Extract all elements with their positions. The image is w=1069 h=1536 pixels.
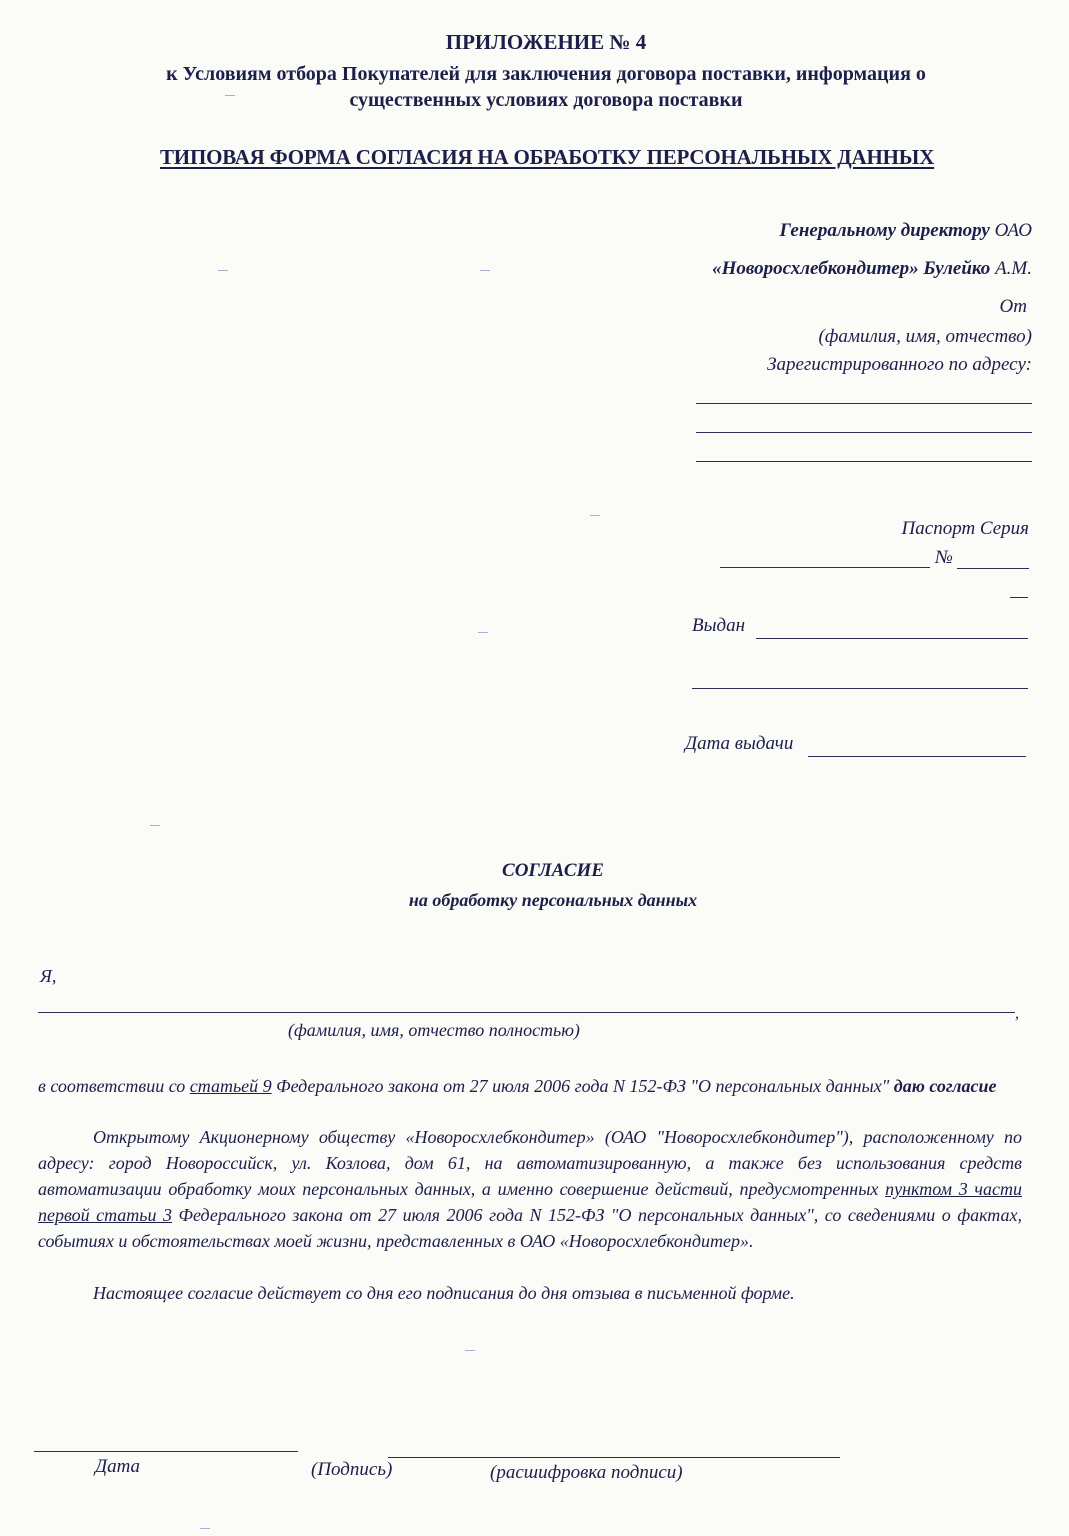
i-label: Я, <box>40 966 56 987</box>
date-label: Дата <box>95 1456 140 1478</box>
scan-speck <box>480 270 490 271</box>
appendix-subtitle-line2: существенных условиях договора поставки <box>0 89 1069 112</box>
passport-number-field[interactable] <box>957 568 1029 569</box>
addressee-initials: А.М. <box>990 258 1032 279</box>
appendix-number: ПРИЛОЖЕНИЕ № 4 <box>0 30 1069 55</box>
passport-series-field[interactable] <box>720 567 930 568</box>
p2-text-b: Федерального закона от 27 июля 2006 года… <box>38 1205 1022 1251</box>
scan-speck <box>478 632 488 633</box>
addressee-line1: Генеральному директору ОАО <box>780 220 1032 242</box>
issue-date-label: Дата выдачи <box>685 733 793 755</box>
passport-series-label: Паспорт Серия <box>902 518 1029 540</box>
consent-title: СОГЛАСИЕ <box>0 860 1069 882</box>
scan-speck <box>150 825 160 826</box>
issued-field-line-2[interactable] <box>692 688 1028 689</box>
scan-speck <box>225 95 235 96</box>
p1-text-b: Федерального закона от 27 июля 2006 года… <box>272 1076 894 1096</box>
article-9-link[interactable]: статьей 9 <box>190 1076 272 1096</box>
consent-subtitle: на обработку персональных данных <box>0 890 1069 911</box>
issued-field-line-1[interactable] <box>756 638 1028 639</box>
scan-speck <box>465 1350 475 1351</box>
signature-decoding-label: (расшифровка подписи) <box>490 1462 683 1484</box>
full-name-hint: (фамилия, имя, отчество полностью) <box>288 1020 580 1041</box>
signature-field[interactable] <box>388 1457 840 1458</box>
addressee-org-type: ОАО <box>990 220 1032 241</box>
consent-paragraph-1: в соответствии со статьей 9 Федерального… <box>38 1073 1022 1099</box>
issue-date-field[interactable] <box>808 756 1026 757</box>
from-label: От <box>1000 296 1027 318</box>
date-signature-field[interactable] <box>34 1451 298 1452</box>
scan-speck <box>218 270 228 271</box>
consent-paragraph-2: Открытому Акционерному обществу «Новорос… <box>38 1124 1022 1254</box>
address-field-line-2[interactable] <box>696 432 1032 433</box>
consent-given-text: даю согласие <box>894 1076 997 1096</box>
appendix-subtitle-line1: к Условиям отбора Покупателей для заключ… <box>0 63 1069 86</box>
addressee-position: Генеральному директору <box>780 220 990 241</box>
signature-label: (Подпись) <box>311 1459 392 1481</box>
address-label: Зарегистрированного по адресу: <box>767 354 1032 376</box>
scan-speck <box>200 1528 210 1529</box>
form-title: ТИПОВАЯ ФОРМА СОГЛАСИЯ НА ОБРАБОТКУ ПЕРС… <box>160 145 934 170</box>
addressee-line2: «Новоросхлебкондитер» Булейко А.М. <box>712 258 1032 280</box>
issued-label: Выдан <box>692 615 745 637</box>
fio-hint: (фамилия, имя, отчество) <box>819 326 1032 348</box>
address-field-line-1[interactable] <box>696 403 1032 404</box>
p2-text-a: Открытому Акционерному обществу «Новорос… <box>38 1127 1022 1199</box>
full-name-comma: , <box>1015 1005 1019 1023</box>
addressee-name: «Новоросхлебкондитер» Булейко <box>712 258 990 279</box>
consent-paragraph-3: Настоящее согласие действует со дня его … <box>93 1280 1033 1306</box>
address-field-line-3[interactable] <box>696 461 1032 462</box>
passport-dash <box>1010 597 1028 598</box>
passport-number-label: № <box>935 547 953 569</box>
scan-speck <box>590 515 600 516</box>
full-name-field[interactable] <box>38 1012 1015 1013</box>
p1-text-a: в соответствии со <box>38 1076 190 1096</box>
